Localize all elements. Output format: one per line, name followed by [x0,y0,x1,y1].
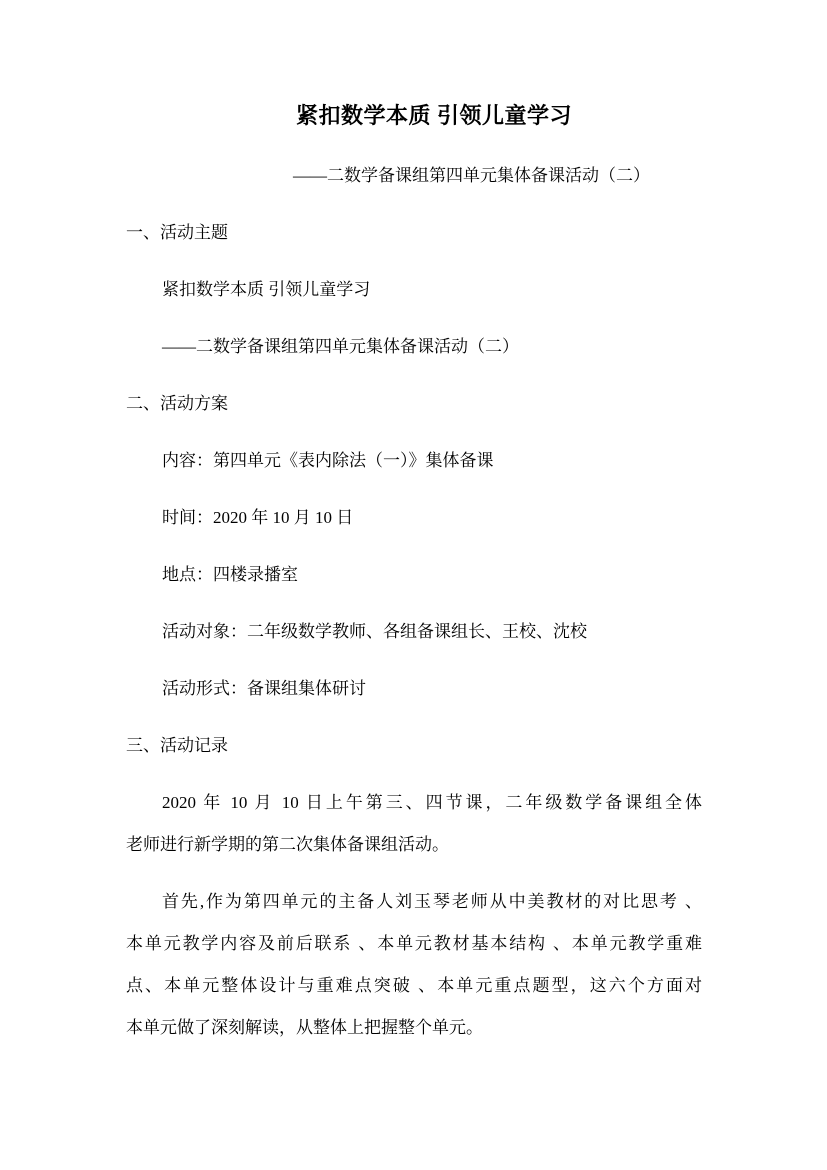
document-page: 紧扣数学本质 引领儿童学习 ——二数学备课组第四单元集体备课活动（二） 一、活动… [0,0,827,1170]
section-3-heading: 三、活动记录 [126,725,702,767]
plan-content-line: 内容：第四单元《表内除法（一）》集体备课 [126,440,702,482]
paragraph-line: 老师进行新学期的第二次集体备课组活动。 [126,824,702,866]
section-1-heading: 一、活动主题 [126,212,702,254]
doc-title: 紧扣数学本质 引领儿童学习 [126,95,702,137]
plan-participants-line: 活动对象：二年级数学教师、各组备课组长、王校、沈校 [126,611,702,653]
paragraph-line: 首先,作为第四单元的主备人刘玉琴老师从中美教材的对比思考 、 [126,881,702,923]
paragraph-line: 本单元教学内容及前后联系 、本单元教材基本结构 、本单元教学重难 [126,923,702,965]
doc-subtitle: ——二数学备课组第四单元集体备课活动（二） [126,155,702,197]
plan-format-line: 活动形式：备课组集体研讨 [126,668,702,710]
plan-place-line: 地点：四楼录播室 [126,554,702,596]
section-2-heading: 二、活动方案 [126,383,702,425]
section-1-subtitle-line: ——二数学备课组第四单元集体备课活动（二） [126,326,702,368]
paragraph-line: 本单元做了深刻解读，从整体上把握整个单元。 [126,1007,702,1049]
paragraph-line: 2020 年 10 月 10 日上午第三、四节课，二年级数学备课组全体 [126,782,702,824]
record-paragraph-1: 2020 年 10 月 10 日上午第三、四节课，二年级数学备课组全体 老师进行… [126,782,702,866]
paragraph-line: 点、本单元整体设计与重难点突破 、本单元重点题型，这六个方面对 [126,965,702,1007]
section-1-theme-line: 紧扣数学本质 引领儿童学习 [126,269,702,311]
record-paragraph-2: 首先,作为第四单元的主备人刘玉琴老师从中美教材的对比思考 、 本单元教学内容及前… [126,881,702,1049]
plan-time-line: 时间：2020 年 10 月 10 日 [126,497,702,539]
document-content: 紧扣数学本质 引领儿童学习 ——二数学备课组第四单元集体备课活动（二） 一、活动… [126,0,702,1049]
